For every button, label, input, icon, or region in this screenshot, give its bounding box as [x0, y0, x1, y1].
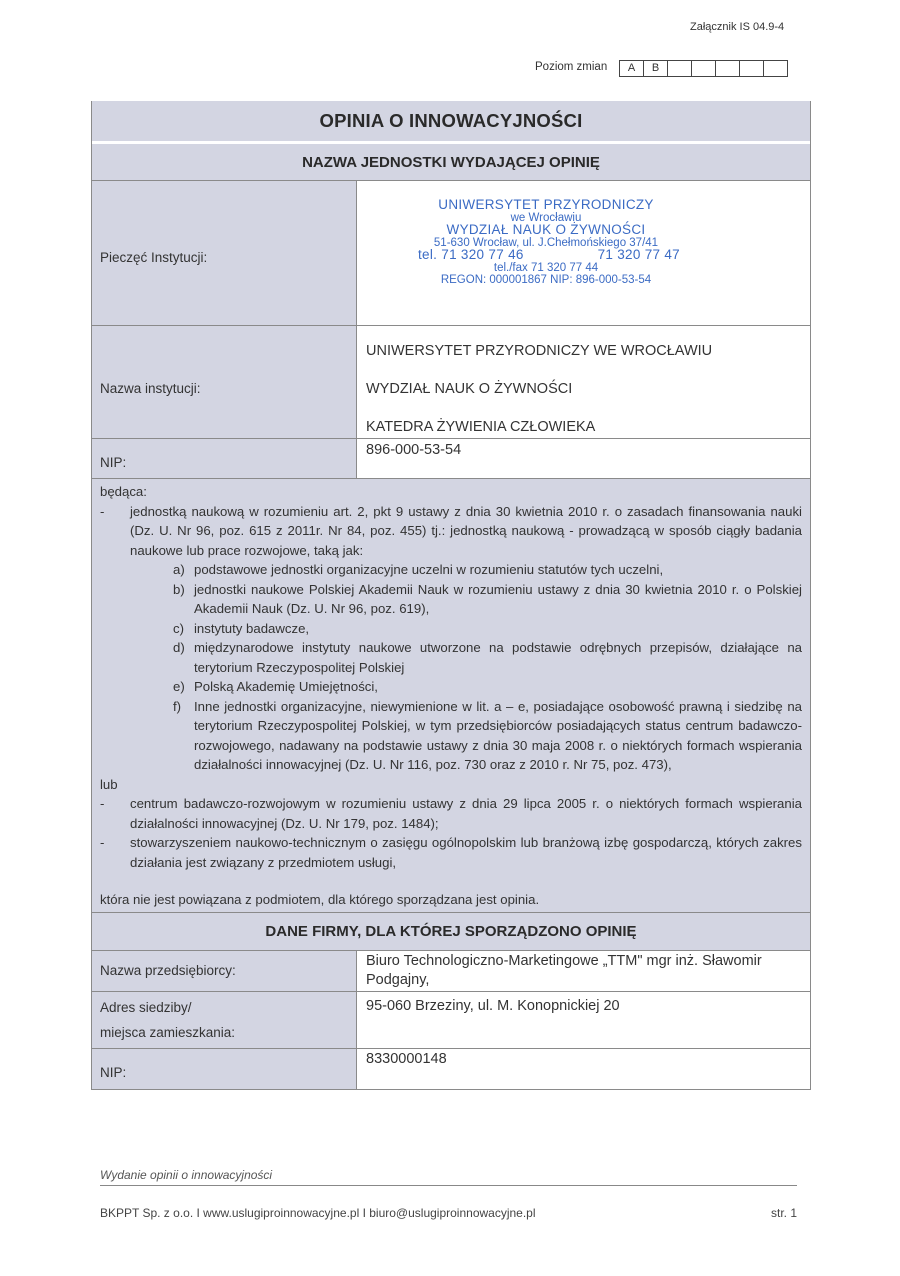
institution-stamp: UNIWERSYTET PRZYRODNICZY we Wrocławiu WY…	[406, 181, 686, 287]
clause-dash-item: - stowarzyszeniem naukowo-technicznym o …	[100, 833, 802, 872]
company-address-label: Adres siedziby/ miejsca zamieszkania:	[92, 992, 357, 1048]
footer-company: BKPPT Sp. z o.o. I www.uslugiproinnowacy…	[100, 1206, 536, 1220]
stamp-line: WYDZIAŁ NAUK O ŻYWNOŚCI	[406, 224, 686, 237]
change-level-box	[764, 61, 787, 76]
clause-or: lub	[100, 775, 802, 795]
stamp-label: Pieczęć Instytucji:	[92, 181, 357, 325]
company-nip-row: NIP: 8330000148	[92, 1049, 810, 1089]
change-level-box: B	[644, 61, 668, 76]
clause-intro: będąca:	[100, 482, 802, 502]
footer-document-name: Wydanie opinii o innowacyjności	[100, 1168, 797, 1186]
footer-line: BKPPT Sp. z o.o. I www.uslugiproinnowacy…	[100, 1206, 797, 1220]
item-text: podstawowe jednostki organizacyjne uczel…	[194, 560, 802, 580]
item-text: Inne jednostki organizacyjne, niewymieni…	[194, 697, 802, 775]
company-section-title: DANE FIRMY, DLA KTÓREJ SPORZĄDZONO OPINI…	[92, 913, 810, 951]
stamp-tel-2: 71 320 77 47	[598, 249, 680, 262]
institution-row: Nazwa instytucji: UNIWERSYTET PRZYRODNIC…	[92, 326, 810, 439]
item-marker: e)	[173, 677, 194, 697]
stamp-field: UNIWERSYTET PRZYRODNICZY we Wrocławiu WY…	[357, 181, 810, 325]
item-text: międzynarodowe instytuty naukowe utworzo…	[194, 638, 802, 677]
company-address-value: 95-060 Brzeziny, ul. M. Konopnickiej 20	[357, 992, 810, 1048]
clause-sub-item: f)Inne jednostki organizacyjne, niewymie…	[100, 697, 802, 775]
change-level-box	[692, 61, 716, 76]
stamp-row: Pieczęć Instytucji: UNIWERSYTET PRZYRODN…	[92, 181, 810, 326]
issuer-nip-label: NIP:	[92, 439, 357, 478]
page-number: str. 1	[771, 1206, 797, 1220]
change-level-box	[740, 61, 764, 76]
annex-number: Załącznik IS 04.9-4	[690, 21, 784, 33]
institution-label: Nazwa instytucji:	[92, 326, 357, 438]
clause-closing: która nie jest powiązana z podmiotem, dl…	[100, 890, 802, 910]
clause-text: jednostką naukową w rozumieniu art. 2, p…	[130, 502, 802, 561]
item-text: jednostki naukowe Polskiej Akademii Nauk…	[194, 580, 802, 619]
item-text: Polską Akademię Umiejętności,	[194, 677, 802, 697]
item-marker: a)	[173, 560, 194, 580]
clause-sub-item: e)Polską Akademię Umiejętności,	[100, 677, 802, 697]
opinion-form: OPINIA O INNOWACYJNOŚCI NAZWA JEDNOSTKI …	[91, 101, 811, 1090]
change-level-boxes: A B	[619, 60, 788, 77]
stamp-line: UNIWERSYTET PRZYRODNICZY	[406, 199, 686, 212]
company-name-row: Nazwa przedsiębiorcy: Biuro Technologicz…	[92, 951, 810, 992]
institution-line: UNIWERSYTET PRZYRODNICZY WE WROCŁAWIU	[366, 332, 810, 370]
issuer-nip-value: 896-000-53-54	[357, 439, 810, 478]
address-label-line: miejsca zamieszkania:	[100, 1020, 356, 1045]
item-marker: c)	[173, 619, 194, 639]
clause-dash-item: - jednostką naukową w rozumieniu art. 2,…	[100, 502, 802, 561]
eligibility-clause: będąca: - jednostką naukową w rozumieniu…	[92, 479, 810, 913]
stamp-tel-1: tel. 71 320 77 46	[418, 249, 524, 262]
item-marker: d)	[173, 638, 194, 677]
form-title: OPINIA O INNOWACYJNOŚCI	[92, 101, 810, 144]
company-address-row: Adres siedziby/ miejsca zamieszkania: 95…	[92, 992, 810, 1049]
item-marker: b)	[173, 580, 194, 619]
stamp-phones: tel. 71 320 77 46 71 320 77 47	[406, 249, 686, 262]
change-level-box	[716, 61, 740, 76]
clause-text: centrum badawczo-rozwojowym w rozumieniu…	[130, 794, 802, 833]
institution-line: WYDZIAŁ NAUK O ŻYWNOŚCI	[366, 370, 810, 408]
issuer-section-title: NAZWA JEDNOSTKI WYDAJĄCEJ OPINIĘ	[92, 144, 810, 181]
company-nip-label: NIP:	[92, 1049, 357, 1089]
company-name-value: Biuro Technologiczno-Marketingowe „TTM" …	[357, 951, 810, 991]
clause-sub-item: d)międzynarodowe instytuty naukowe utwor…	[100, 638, 802, 677]
issuer-nip-row: NIP: 896-000-53-54	[92, 439, 810, 479]
item-marker: f)	[173, 697, 194, 775]
clause-dash-item: - centrum badawczo-rozwojowym w rozumien…	[100, 794, 802, 833]
change-level-box: A	[620, 61, 644, 76]
item-text: instytuty badawcze,	[194, 619, 802, 639]
clause-text: stowarzyszeniem naukowo-technicznym o za…	[130, 833, 802, 872]
institution-field: UNIWERSYTET PRZYRODNICZY WE WROCŁAWIU WY…	[357, 326, 810, 438]
company-nip-value: 8330000148	[357, 1049, 810, 1089]
clause-sub-item: c)instytuty badawcze,	[100, 619, 802, 639]
clause-sub-item: a)podstawowe jednostki organizacyjne ucz…	[100, 560, 802, 580]
stamp-regon-nip: REGON: 000001867 NIP: 896-000-53-54	[406, 274, 686, 287]
change-level-box	[668, 61, 692, 76]
stamp-fax: tel./fax 71 320 77 44	[406, 262, 686, 275]
address-label-line: Adres siedziby/	[100, 995, 356, 1020]
change-level-label: Poziom zmian	[535, 61, 607, 73]
company-name-label: Nazwa przedsiębiorcy:	[92, 951, 357, 991]
clause-sub-item: b)jednostki naukowe Polskiej Akademii Na…	[100, 580, 802, 619]
